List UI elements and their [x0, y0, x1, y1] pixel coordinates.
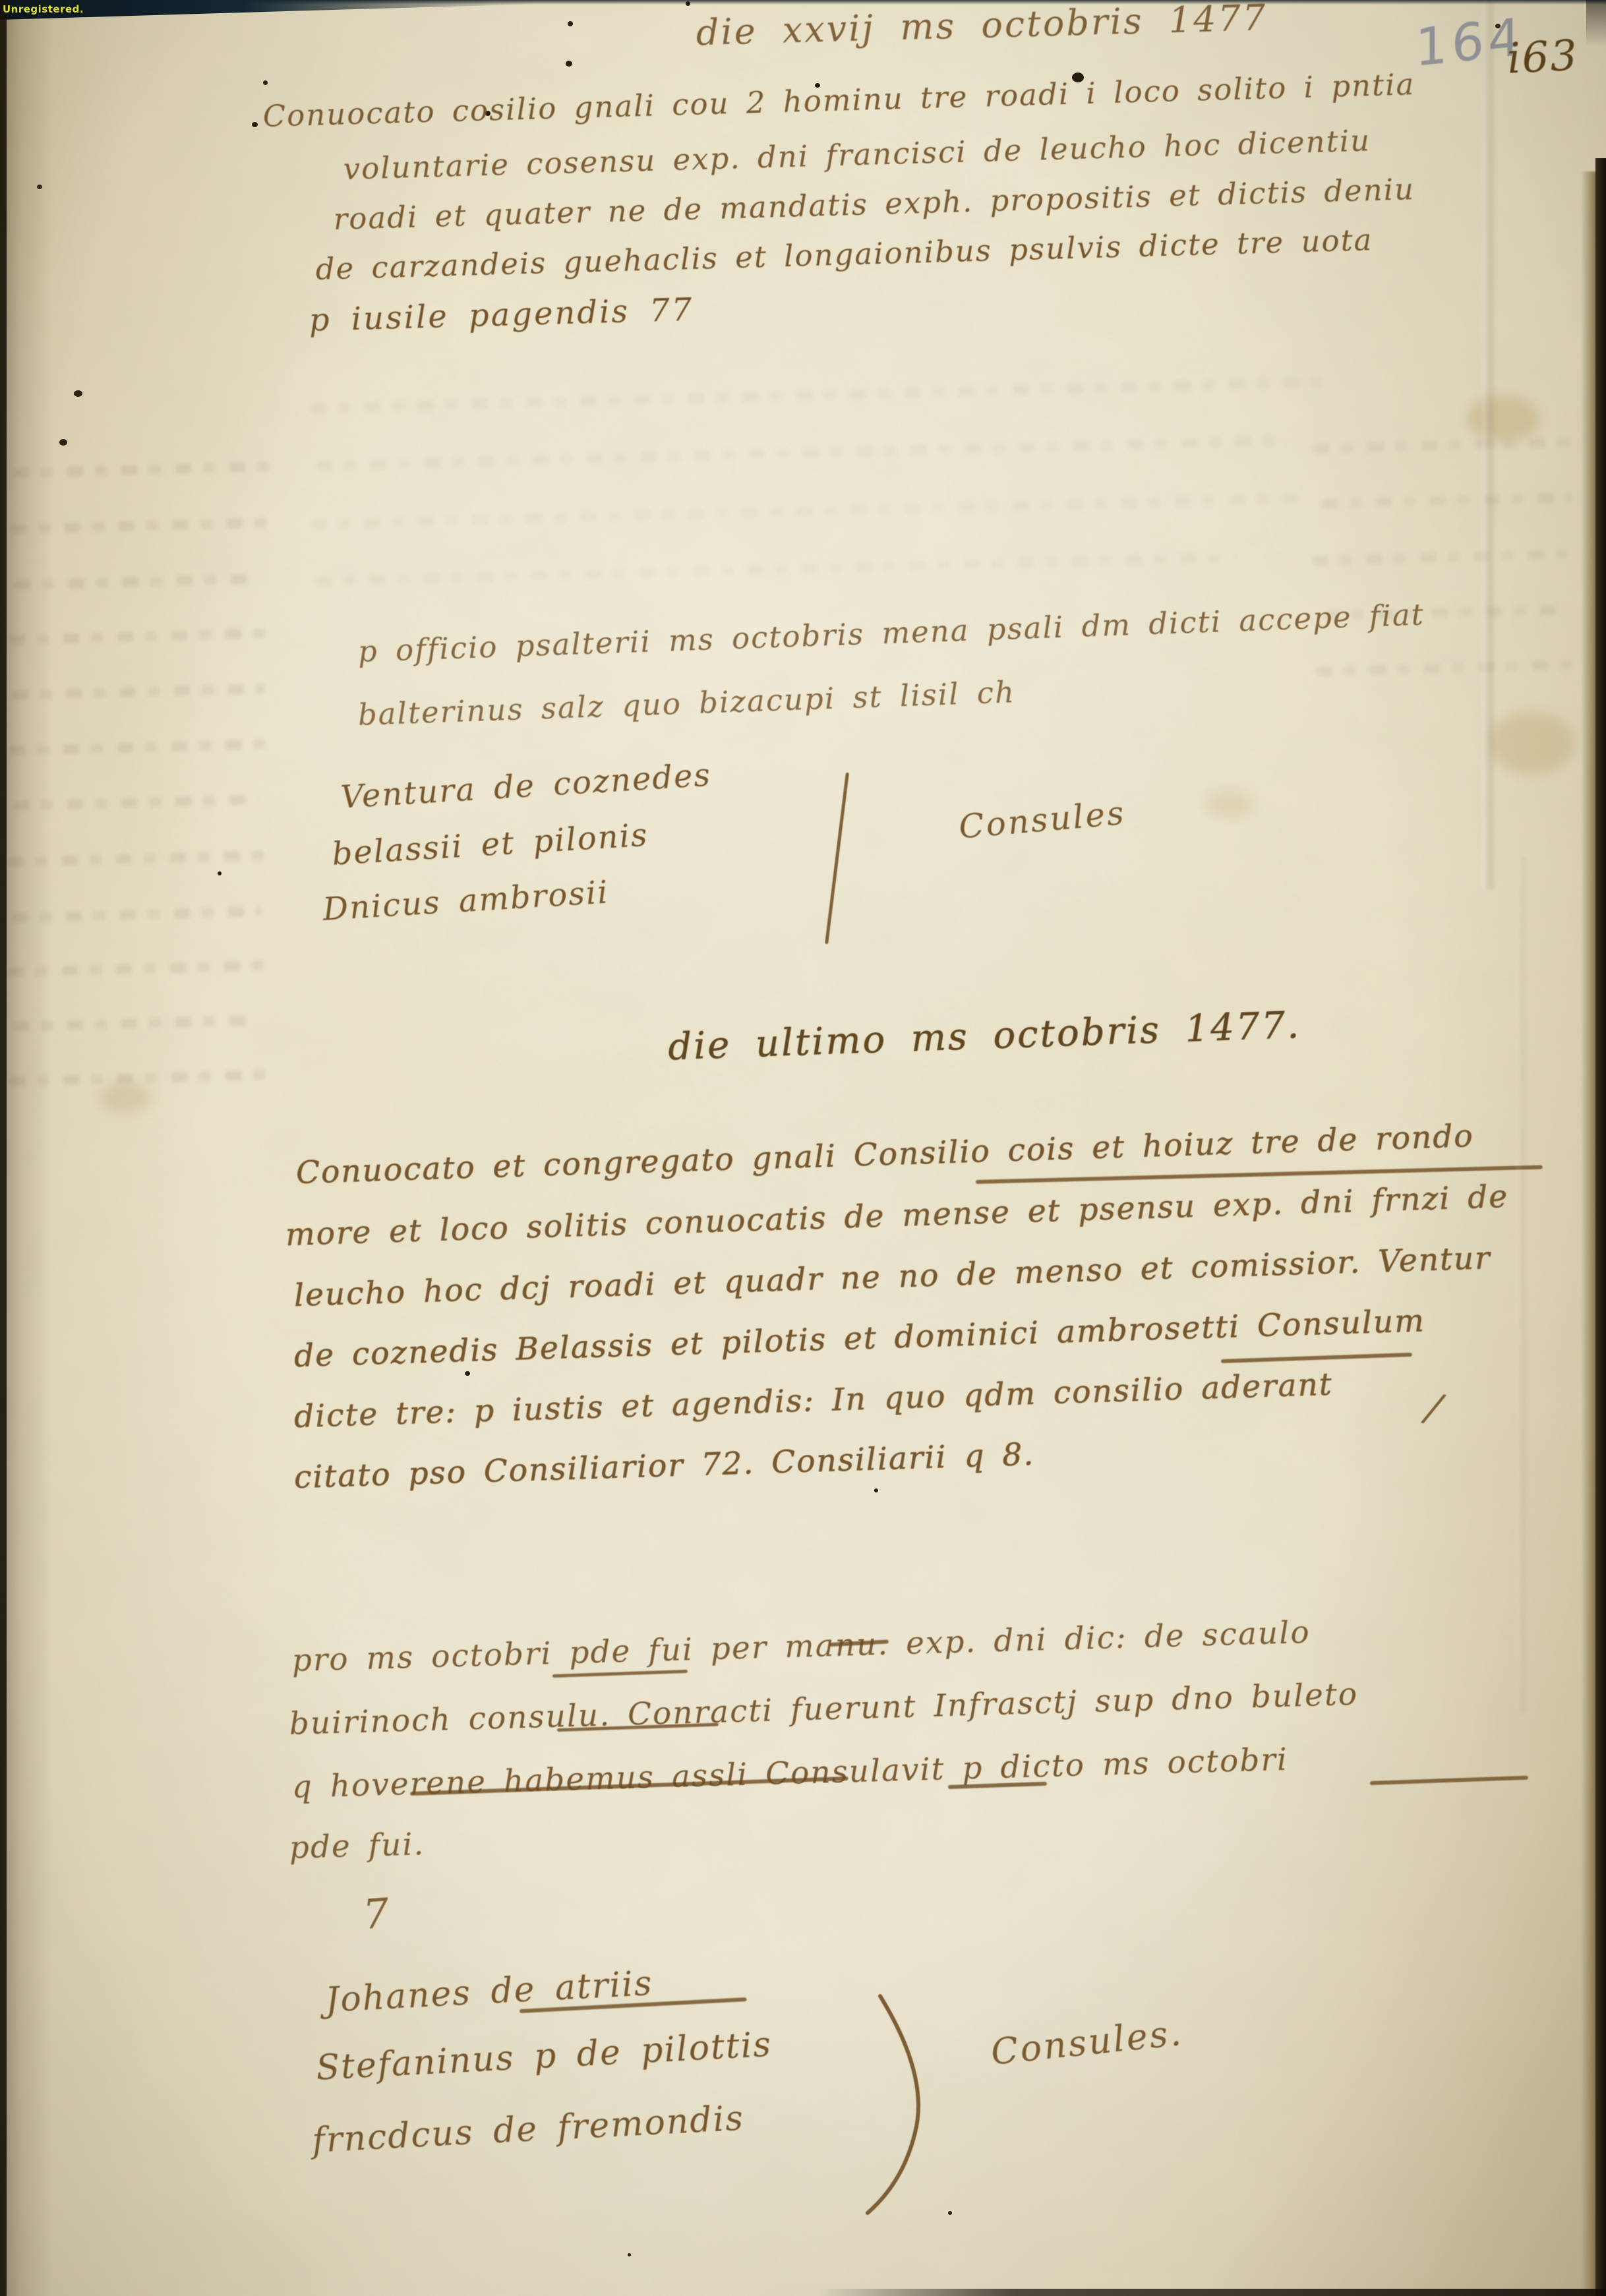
paper-stain [1467, 396, 1539, 442]
ink-speck [628, 2253, 631, 2256]
scan-edge-left [0, 0, 7, 2296]
ink-speck [566, 61, 572, 67]
manuscript-line: pde fui. [289, 1826, 425, 1866]
paper-stain [1489, 712, 1574, 775]
ink-speck [948, 2211, 952, 2215]
ink-speck [874, 1488, 878, 1492]
consules-bracket-curve [864, 1994, 936, 2218]
ink-speck [218, 871, 222, 875]
ink-speck [568, 21, 573, 26]
scan-edge-bottom [818, 2289, 1606, 2296]
paper-stain [99, 1081, 152, 1114]
ink-speck [74, 390, 82, 397]
manuscript-scan: die xxvij ms octobris 1477 164 i63 Conuo… [0, 0, 1606, 2296]
unregistered-watermark: Unregistered. [3, 3, 84, 15]
scan-edge-right [1595, 158, 1606, 2296]
marginal-mark: 7 [361, 1889, 390, 1939]
ink-speck [59, 439, 67, 446]
scan-edge-top-right [1586, 0, 1606, 46]
ink-speck [37, 185, 42, 189]
ink-speck [263, 80, 268, 85]
ink-speck [465, 1371, 470, 1376]
paper-stain [1206, 791, 1253, 817]
ink-speck [252, 122, 258, 127]
folio-number-ink: i63 [1506, 31, 1580, 84]
